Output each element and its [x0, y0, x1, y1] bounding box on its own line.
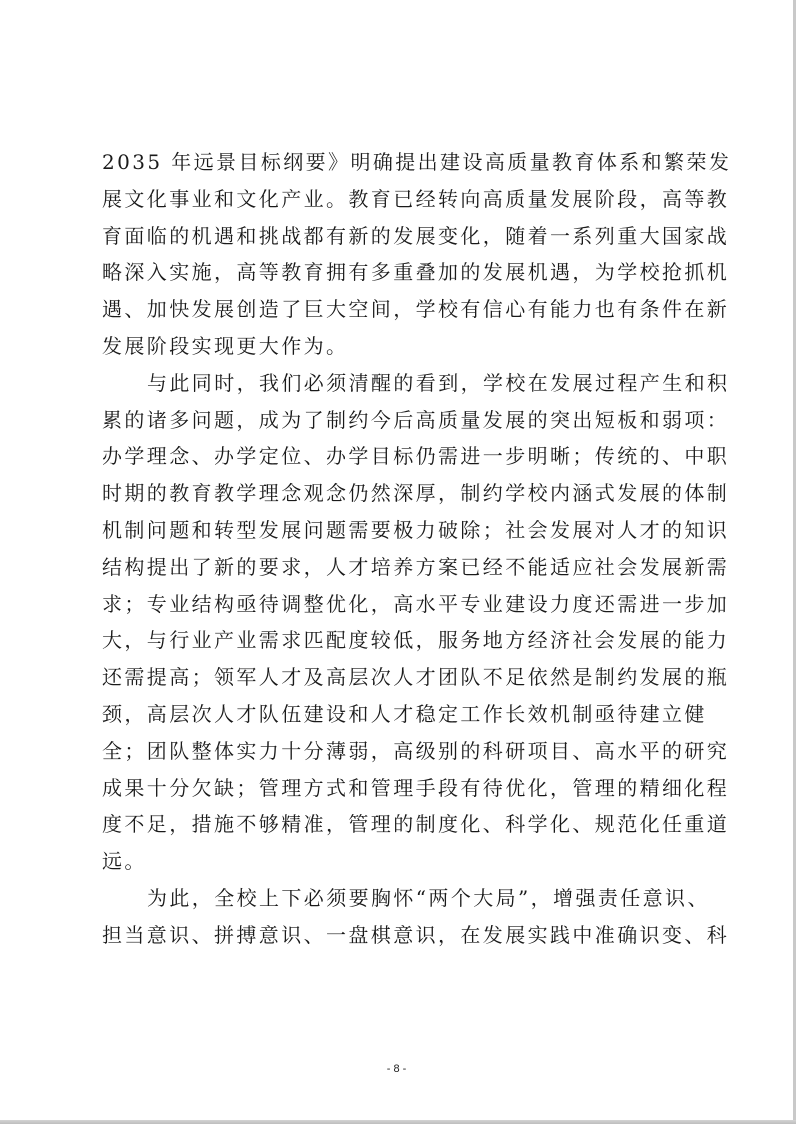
text-line: 遇、加快发展创造了巨大空间，学校有信心有能力也有条件在新	[102, 291, 694, 328]
text-line: 时期的教育教学理念观念仍然深厚，制约学校内涵式发展的体制	[102, 475, 694, 512]
document-page: 2035 年远景目标纲要》明确提出建设高质量教育体系和繁荣发 展文化事业和文化产…	[0, 0, 793, 1120]
text-line: 还需提高；领军人才及高层次人才团队不足依然是制约发展的瓶	[102, 659, 694, 696]
text-line: 远。	[102, 843, 694, 880]
paragraph: 与此同时，我们必须清醒的看到，学校在发展过程产生和积 累的诸多问题，成为了制约今…	[102, 365, 694, 880]
text-line: 办学理念、办学定位、办学目标仍需进一步明晰；传统的、中职	[102, 438, 694, 475]
body-text: 2035 年远景目标纲要》明确提出建设高质量教育体系和繁荣发 展文化事业和文化产…	[102, 144, 694, 954]
text-line: 担当意识、拼搏意识、一盘棋意识，在发展实践中准确识变、科	[102, 917, 694, 954]
text-line: 展文化事业和文化产业。教育已经转向高质量发展阶段，高等教	[102, 181, 694, 218]
text-line: 结构提出了新的要求，人才培养方案已经不能适应社会发展新需	[102, 549, 694, 586]
page-number: - 8 -	[0, 1063, 793, 1075]
text-line: 累的诸多问题，成为了制约今后高质量发展的突出短板和弱项：	[102, 402, 694, 439]
text-line: 颈，高层次人才队伍建设和人才稳定工作长效机制亟待建立健	[102, 696, 694, 733]
text-line: 大，与行业产业需求匹配度较低，服务地方经济社会发展的能力	[102, 622, 694, 659]
text-line-indented: 与此同时，我们必须清醒的看到，学校在发展过程产生和积	[102, 365, 694, 402]
text-line: 成果十分欠缺；管理方式和管理手段有待优化，管理的精细化程	[102, 770, 694, 807]
text-line: 略深入实施，高等教育拥有多重叠加的发展机遇，为学校抢抓机	[102, 254, 694, 291]
text-line: 度不足，措施不够精准，管理的制度化、科学化、规范化任重道	[102, 806, 694, 843]
text-line: 发展阶段实现更大作为。	[102, 328, 694, 365]
text-line: 2035 年远景目标纲要》明确提出建设高质量教育体系和繁荣发	[102, 144, 694, 181]
text-line-indented: 为此，全校上下必须要胸怀“两个大局”，增强责任意识、	[102, 880, 694, 917]
paragraph: 2035 年远景目标纲要》明确提出建设高质量教育体系和繁荣发 展文化事业和文化产…	[102, 144, 694, 365]
text-line: 求；专业结构亟待调整优化，高水平专业建设力度还需进一步加	[102, 586, 694, 623]
text-line: 全；团队整体实力十分薄弱，高级别的科研项目、高水平的研究	[102, 733, 694, 770]
text-line: 机制问题和转型发展问题需要极力破除；社会发展对人才的知识	[102, 512, 694, 549]
paragraph: 为此，全校上下必须要胸怀“两个大局”，增强责任意识、 担当意识、拼搏意识、一盘棋…	[102, 880, 694, 954]
text-line: 育面临的机遇和挑战都有新的发展变化，随着一系列重大国家战	[102, 218, 694, 255]
page-shadow-bottom	[0, 1120, 796, 1124]
